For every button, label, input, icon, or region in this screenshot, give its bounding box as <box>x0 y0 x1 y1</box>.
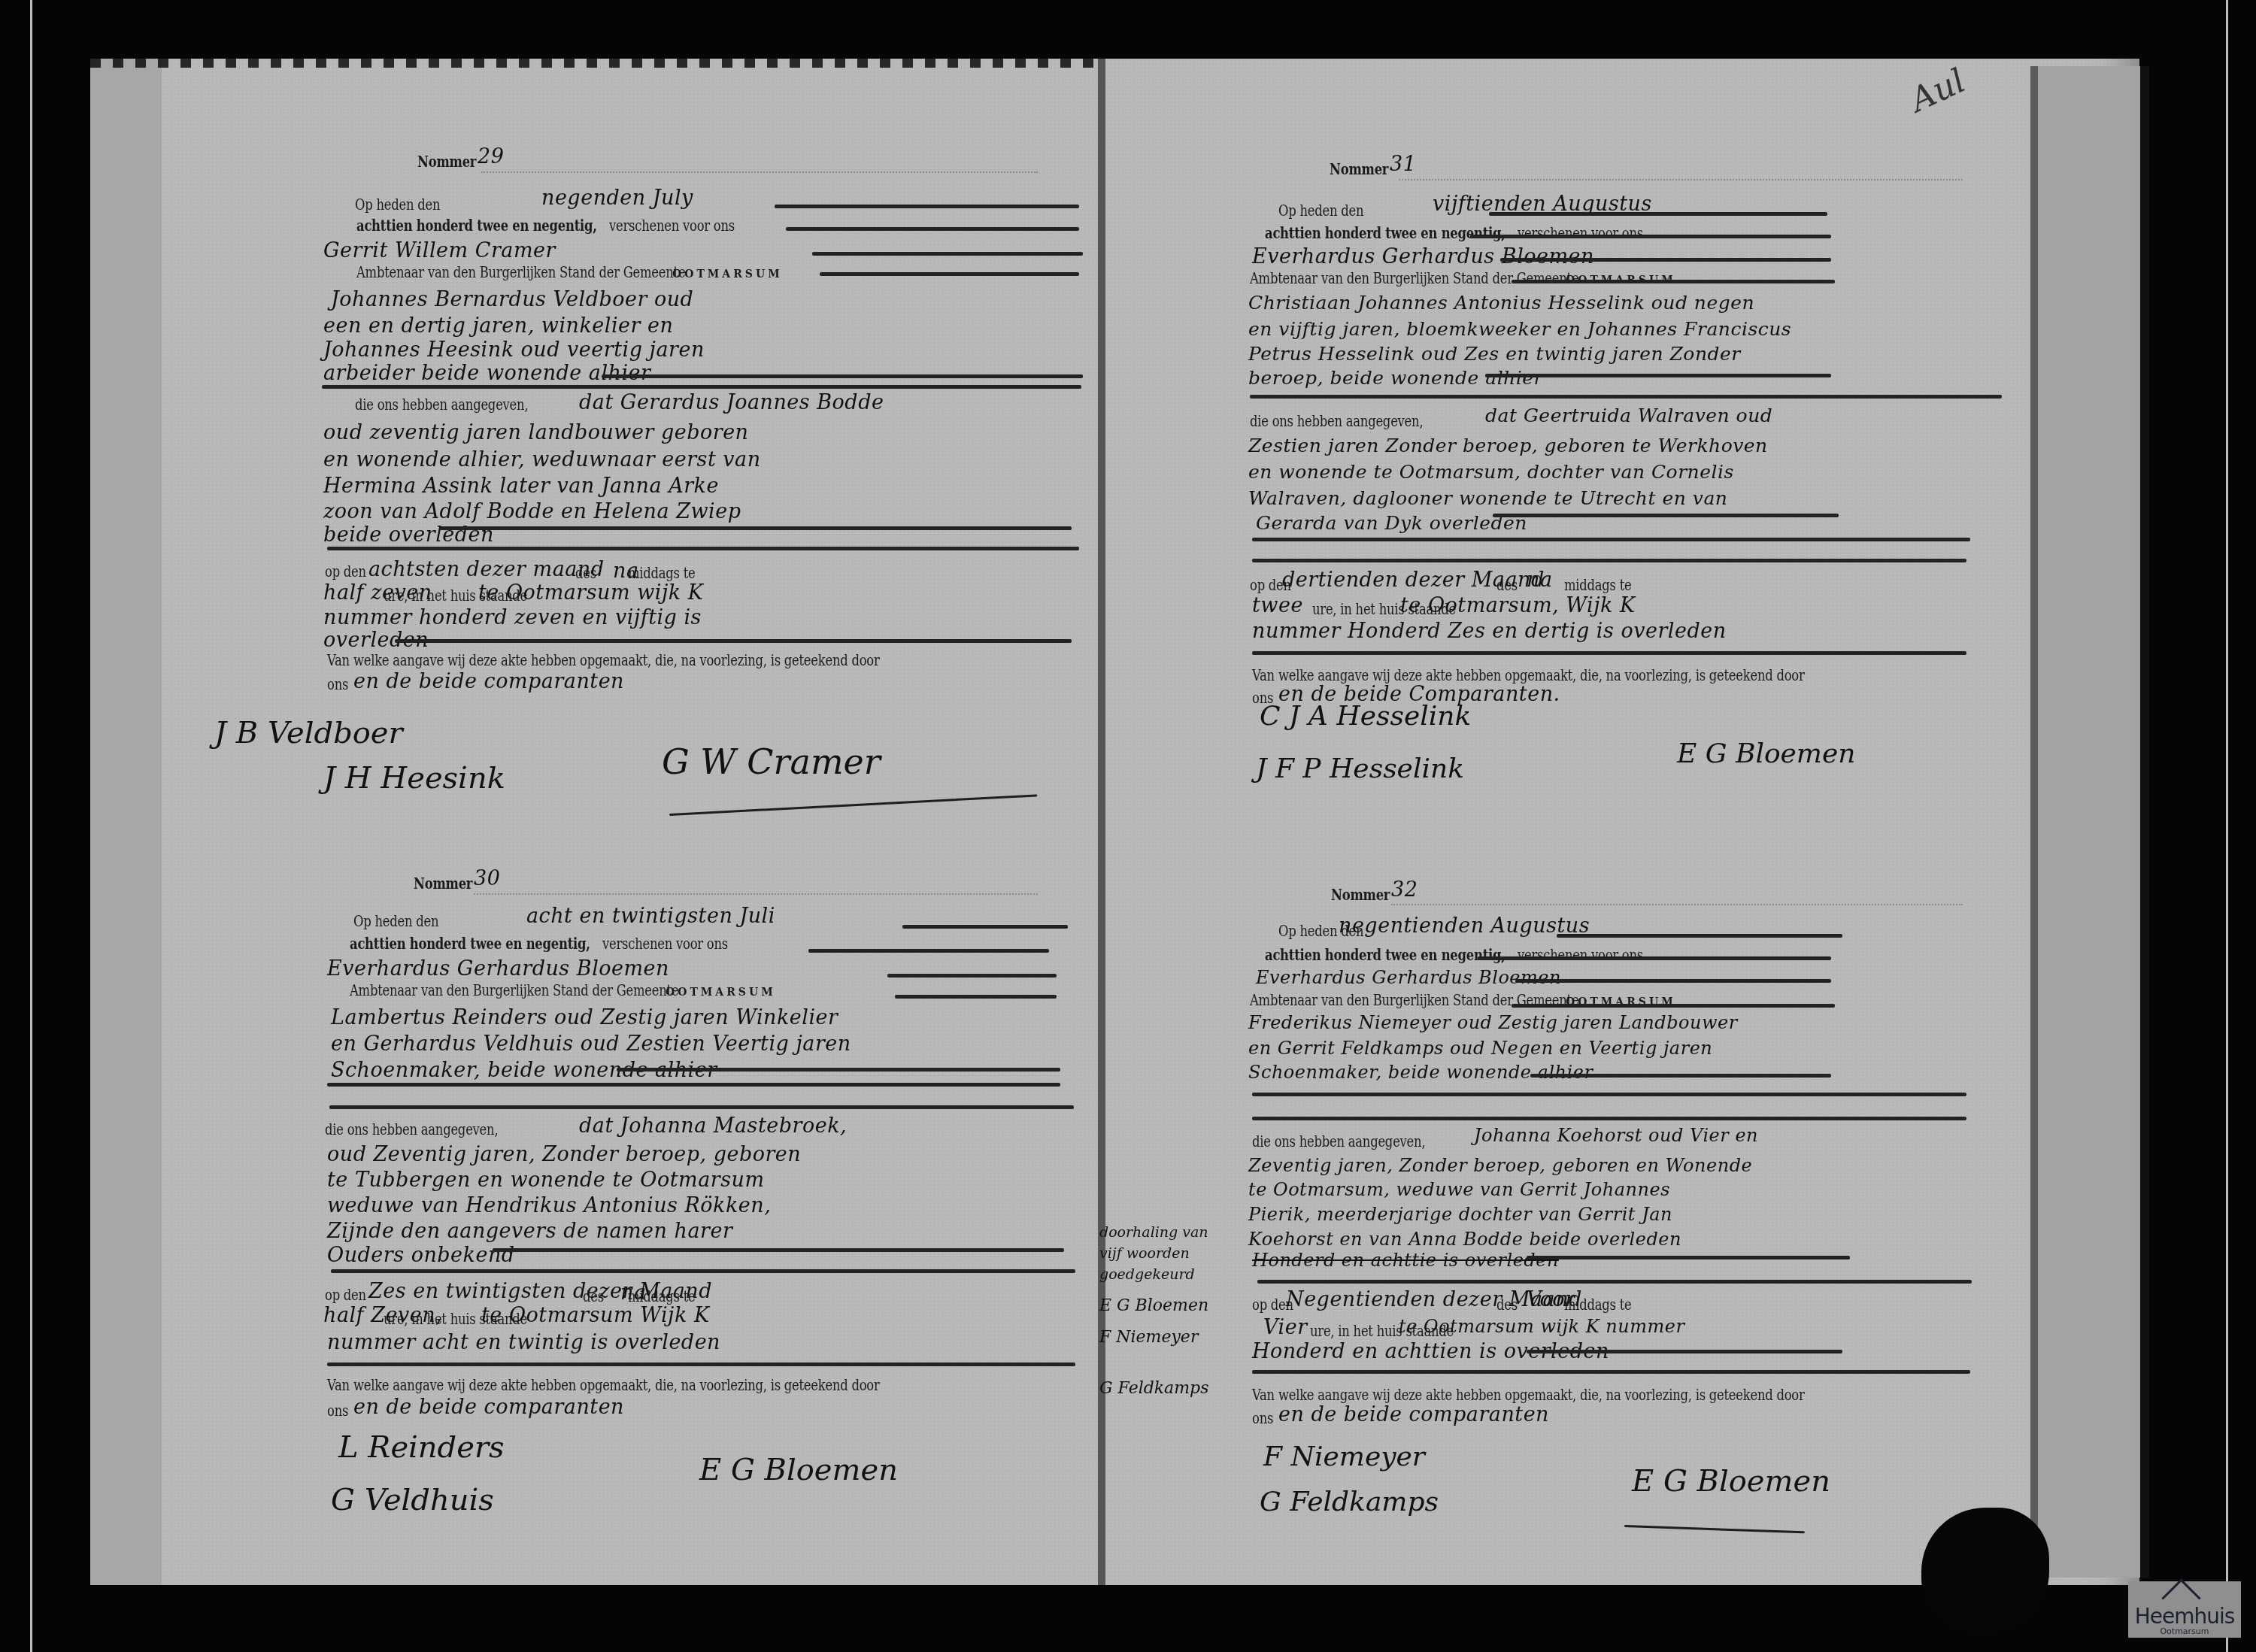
signature: L Reinders <box>338 1432 505 1463</box>
witness-line: Schoenmaker, beide wonende alhier <box>1248 1062 1593 1083</box>
declaration-line: Zeventig jaren, Zonder beroep, geboren e… <box>1248 1155 1752 1176</box>
label-van-welke: Van welke aangave wij deze akte hebben o… <box>1252 668 1805 683</box>
witness-line: Johannes Bernardus Veldboer oud <box>331 288 693 311</box>
watermark-title: Heemhuis <box>2128 1604 2241 1629</box>
label-op-heden: Op heden den <box>1278 203 1363 218</box>
label-aangegeven: die ons hebben aangegeven, <box>1250 414 1423 429</box>
declaration-line: Johanna Koehorst oud Vier en <box>1474 1125 1758 1146</box>
signature: G Feldkamps <box>1260 1489 1439 1516</box>
record-date: acht en twintigsten Juli <box>526 905 775 928</box>
witness-line: een en dertig jaren, winkelier en <box>323 314 673 338</box>
margin-note-line: doorhaling van <box>1099 1222 1257 1243</box>
label-des: des <box>575 565 596 580</box>
witness-line: Lambertus Reinders oud Zestig jaren Wink… <box>331 1006 838 1029</box>
declaration-line: Walraven, daglooner wonende te Utrecht e… <box>1248 487 1727 509</box>
label-ons: ons <box>1252 1411 1273 1426</box>
nommer-label: Nommer <box>1330 162 1388 177</box>
witness-line: en vijftig jaren, bloemkweeker en Johann… <box>1248 318 1791 340</box>
declaration-line: en wonende te Ootmarsum, dochter van Cor… <box>1248 461 1734 483</box>
label-op-den: op den <box>325 564 366 579</box>
signature-official: E G Bloemen <box>1677 741 1856 768</box>
death-hour: twee <box>1252 594 1303 617</box>
label-des: des <box>1496 1297 1518 1312</box>
death-hour: Vier <box>1263 1316 1308 1339</box>
label-middags: middags te <box>628 1289 696 1304</box>
record-number: 32 <box>1391 878 1418 902</box>
des-value: na <box>1527 568 1553 592</box>
margin-note-line: goedgekeurd <box>1099 1264 1257 1285</box>
label-op-heden: Op heden den <box>353 914 438 929</box>
label-year: achttien honderd twee en negentig, <box>1265 947 1506 962</box>
signed-by: en de beide comparanten <box>1278 1403 1549 1426</box>
label-aangegeven: die ons hebben aangegeven, <box>355 397 528 412</box>
signature: J F P Hesselink <box>1256 756 1464 783</box>
margin-signature: E G Bloemen <box>1099 1296 1257 1317</box>
witness-line: en Gerhardus Veldhuis oud Zestien Veerti… <box>331 1032 851 1056</box>
signature: J H Heesink <box>323 763 505 793</box>
witness-line: Christiaan Johannes Antonius Hesselink o… <box>1248 292 1754 314</box>
label-op-den: op den <box>325 1287 366 1302</box>
place-line: nummer honderd zeven en vijftig is <box>323 606 702 629</box>
margin-note: doorhaling van vijf woorden goedgekeurd … <box>1099 1222 1257 1399</box>
label-ambtenaar: Ambtenaar van den Burgerlijken Stand der… <box>350 983 678 998</box>
struck-declaration-line: Honderd en achttie is overleden <box>1252 1250 1559 1271</box>
signed-by: en de beide comparanten <box>353 1396 624 1419</box>
declaration-line: en wonende alhier, weduwnaar eerst van <box>323 448 761 471</box>
declaration-line: te Tubbergen en wonende te Ootmarsum <box>327 1169 765 1192</box>
witness-line: Petrus Hesselink oud Zes en twintig jare… <box>1248 343 1741 365</box>
right-page-edges <box>2030 66 2143 1578</box>
official-name: Everhardus Gerhardus Bloemen <box>327 957 669 981</box>
declaration-line: dat Gerardus Joannes Bodde <box>579 391 884 414</box>
official-name: Gerrit Willem Cramer <box>323 239 556 262</box>
declaration-line: Zijnde den aangevers de namen harer <box>327 1220 732 1243</box>
signature: G Veldhuis <box>331 1485 494 1515</box>
signature: C J A Hesselink <box>1260 703 1471 730</box>
signature: F Niemeyer <box>1263 1444 1425 1471</box>
label-ambtenaar: Ambtenaar van den Burgerlijken Stand der… <box>356 265 685 280</box>
nommer-label: Nommer <box>1331 887 1390 902</box>
margin-signature: G Feldkamps <box>1099 1378 1257 1399</box>
declaration-line: oud zeventig jaren landbouwer geboren <box>323 421 749 444</box>
declaration-line: dat Johanna Mastebroek, <box>579 1114 847 1138</box>
label-ons: ons <box>327 1403 348 1418</box>
witness-line: en Gerrit Feldkamps oud Negen en Veertig… <box>1248 1038 1712 1059</box>
record-number: 29 <box>478 145 504 168</box>
label-verschenen: verschenen voor ons <box>609 218 735 233</box>
torn-page-edge <box>90 54 1102 68</box>
declaration-line: Pierik, meerderjarige dochter van Gerrit… <box>1248 1204 1672 1225</box>
label-van-welke: Van welke aangave wij deze akte hebben o… <box>327 653 880 668</box>
margin-note-line: vijf woorden <box>1099 1243 1257 1264</box>
declaration-line: oud Zeventig jaren, Zonder beroep, gebor… <box>327 1143 801 1166</box>
witness-line: Frederikus Niemeyer oud Zestig jaren Lan… <box>1248 1012 1738 1033</box>
film-edge-right <box>2226 0 2228 1652</box>
label-op-heden: Op heden den <box>355 197 440 212</box>
declaration-line: Gerarda van Dyk overleden <box>1256 512 1527 534</box>
label-verschenen: verschenen voor ons <box>602 936 728 951</box>
watermark-subtitle: Ootmarsum <box>2128 1626 2241 1636</box>
declaration-line: Hermina Assink later van Janna Arke <box>323 474 719 498</box>
label-year: achttien honderd twee en negentig, <box>1265 226 1506 241</box>
signature-official: E G Bloemen <box>1632 1466 1830 1496</box>
declaration-line: Ouders onbekend <box>327 1244 515 1267</box>
signature: J B Veldboer <box>214 718 403 748</box>
place-line: te Ootmarsum Wijk K <box>481 1304 710 1327</box>
label-verschenen: verschenen voor ons <box>1518 226 1643 241</box>
place-line: te Ootmarsum wijk K <box>478 581 703 605</box>
official-name: Everhardus Gerhardus Bloemen <box>1252 245 1594 268</box>
declaration-line: weduwe van Hendrikus Antonius Rökken, <box>327 1194 771 1217</box>
label-van-welke: Van welke aangave wij deze akte hebben o… <box>327 1378 880 1393</box>
left-page-binding-margin <box>90 59 162 1585</box>
signature-official: E G Bloemen <box>699 1455 898 1485</box>
witness-line: arbeider beide wonende alhier <box>323 362 651 385</box>
film-edge-left <box>30 0 32 1652</box>
label-middags: middags te <box>1564 1297 1632 1312</box>
label-des: des <box>1496 577 1518 593</box>
witness-line: Johannes Heesink oud veertig jaren <box>323 338 705 362</box>
place-line: te Ootmarsum, Wijk K <box>1400 594 1636 617</box>
label-van-welke: Van welke aangave wij deze akte hebben o… <box>1252 1387 1805 1402</box>
place-line: nummer Honderd Zes en dertig is overlede… <box>1252 620 1727 643</box>
signature-official: G W Cramer <box>662 744 881 779</box>
label-year: achttien honderd twee en negentig, <box>356 218 597 233</box>
declaration-line: Koehorst en van Anna Bodde beide overled… <box>1248 1229 1681 1250</box>
record-date: negenden July <box>541 186 693 210</box>
declaration-line: Zestien jaren Zonder beroep, geboren te … <box>1248 435 1768 456</box>
label-aangegeven: die ons hebben aangegeven, <box>1252 1134 1425 1149</box>
label-middags: middags te <box>628 565 696 580</box>
label-ambtenaar: Ambtenaar van den Burgerlijken Stand der… <box>1250 271 1578 286</box>
signed-by: en de beide comparanten <box>353 670 624 693</box>
official-name: Everhardus Gerhardus Bloemen <box>1256 967 1561 988</box>
record-number: 31 <box>1390 153 1416 176</box>
declaration-line: te Ootmarsum, weduwe van Gerrit Johannes <box>1248 1179 1670 1200</box>
death-day: achtsten dezer maand <box>368 558 605 581</box>
municipality: OOTMARSUM <box>672 269 783 280</box>
declaration-line: zoon van Adolf Bodde en Helena Zwiep <box>323 500 741 523</box>
label-des: des <box>583 1289 604 1304</box>
heemhuis-watermark-logo: Heemhuis Ootmarsum <box>2128 1581 2241 1638</box>
label-year: achttien honderd twee en negentig, <box>350 936 590 951</box>
margin-signature: F Niemeyer <box>1099 1327 1257 1348</box>
declaration-line: dat Geertruida Walraven oud <box>1485 405 1772 426</box>
nommer-label: Nommer <box>417 154 476 169</box>
record-date: negentienden Augustus <box>1339 914 1590 938</box>
label-aangegeven: die ons hebben aangegeven, <box>325 1122 498 1137</box>
witness-line: beroep, beide wonende alhier <box>1248 367 1543 389</box>
label-middags: middags te <box>1564 577 1632 593</box>
label-verschenen: verschenen voor ons <box>1518 947 1643 962</box>
record-number: 30 <box>474 867 500 890</box>
ink-blot <box>1921 1508 2049 1635</box>
nommer-label: Nommer <box>414 876 472 891</box>
place-line: nummer acht en twintig is overleden <box>327 1331 720 1354</box>
label-ons: ons <box>327 677 348 692</box>
municipality: OOTMARSUM <box>666 987 776 998</box>
place-line: te Ootmarsum wijk K nummer <box>1399 1316 1684 1337</box>
